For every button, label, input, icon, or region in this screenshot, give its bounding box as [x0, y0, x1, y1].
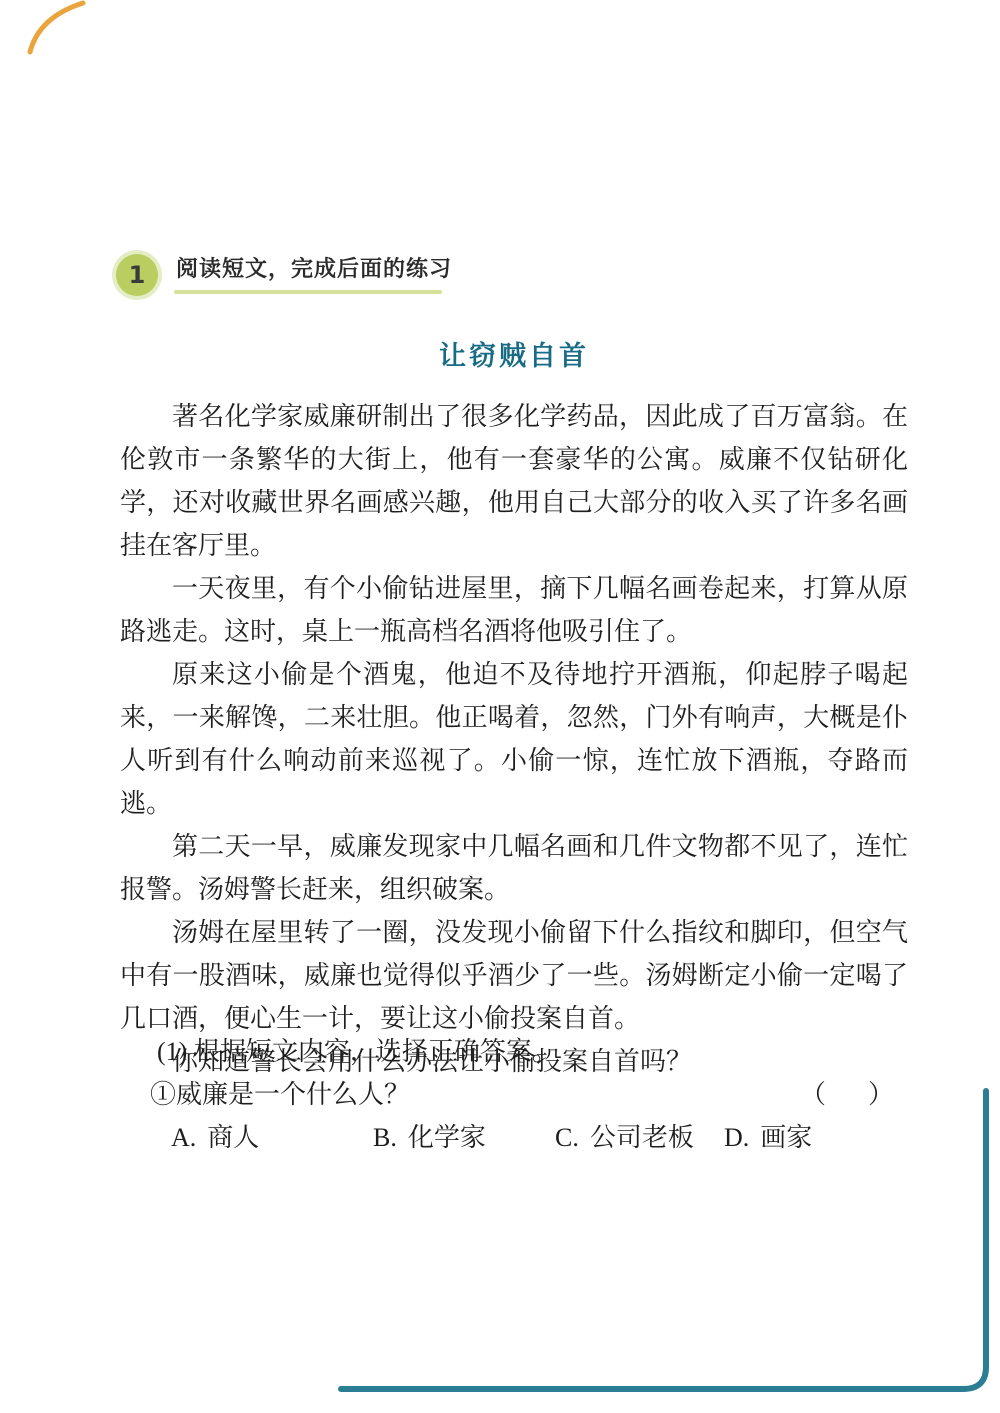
- option-a-text: 商人: [207, 1116, 259, 1159]
- option-a: A. 商人: [171, 1116, 373, 1159]
- answer-bracket-close: ）: [868, 1073, 894, 1116]
- option-b-text: 化学家: [408, 1116, 486, 1159]
- option-d-label: D.: [724, 1116, 749, 1159]
- story-body: 著名化学家威廉研制出了很多化学药品，因此成了百万富翁。在伦敦市一条繁华的大街上，…: [120, 396, 908, 1084]
- option-c: C. 公司老板: [555, 1116, 724, 1159]
- story-paragraph: 第二天一早，威廉发现家中几幅名画和几件文物都不见了，连忙报警。汤姆警长赶来，组织…: [120, 826, 908, 912]
- worksheet-page: 1 阅读短文，完成后面的练习 让窃贼自首 著名化学家威廉研制出了很多化学药品，因…: [0, 0, 1000, 1413]
- page-frame-orange-corner-line: [30, 3, 83, 52]
- question-instruction: (1) 根据短文内容，选择正确答案。: [120, 1030, 908, 1073]
- option-c-label: C.: [555, 1116, 579, 1159]
- sub-question-row: ①威廉是一个什么人？ （ ）: [120, 1073, 908, 1116]
- options-row: A. 商人 B. 化学家 C. 公司老板 D. 画家: [120, 1116, 908, 1159]
- exercise-header: 1 阅读短文，完成后面的练习: [116, 254, 452, 296]
- heading-underline: [174, 290, 442, 294]
- option-d-text: 画家: [760, 1116, 812, 1159]
- story-paragraph: 原来这小偷是个酒鬼，他迫不及待地拧开酒瓶，仰起脖子喝起来，一来解馋，二来壮胆。他…: [120, 654, 908, 826]
- option-b-label: B.: [373, 1116, 397, 1159]
- option-c-text: 公司老板: [590, 1116, 694, 1159]
- option-d: D. 画家: [724, 1116, 812, 1159]
- story-title: 让窃贼自首: [120, 334, 908, 373]
- sub-question-text: ①威廉是一个什么人？: [150, 1073, 800, 1116]
- answer-brackets: （ ）: [800, 1073, 894, 1116]
- story-paragraph: 著名化学家威廉研制出了很多化学药品，因此成了百万富翁。在伦敦市一条繁华的大街上，…: [120, 396, 908, 568]
- story-paragraph: 一天夜里，有个小偷钻进屋里，摘下几幅名画卷起来，打算从原路逃走。这时，桌上一瓶高…: [120, 568, 908, 654]
- option-b: B. 化学家: [373, 1116, 555, 1159]
- story-paragraph: 汤姆在屋里转了一圈，没发现小偷留下什么指纹和脚印，但空气中有一股酒味，威廉也觉得…: [120, 912, 908, 1041]
- exercise-number: 1: [129, 261, 146, 289]
- answer-bracket-open: （: [800, 1073, 826, 1116]
- exercise-heading-block: 阅读短文，完成后面的练习: [176, 256, 452, 295]
- option-a-label: A.: [171, 1116, 196, 1159]
- exercise-heading: 阅读短文，完成后面的练习: [176, 256, 452, 285]
- exercise-number-badge: 1: [116, 254, 158, 296]
- question-block: (1) 根据短文内容，选择正确答案。 ①威廉是一个什么人？ （ ） A. 商人 …: [120, 1030, 908, 1159]
